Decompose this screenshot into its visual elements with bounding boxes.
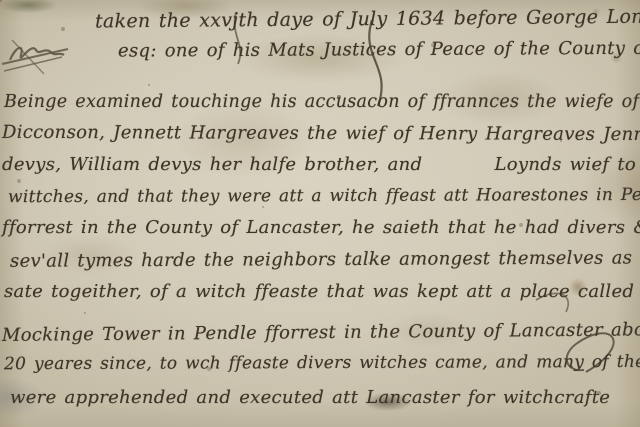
margin-scribble-crossed-out-icon: [0, 28, 90, 83]
ink-flourish-strokes: [0, 0, 640, 427]
manuscript-line: Beinge examined touchinge his accusacon …: [4, 92, 640, 112]
manuscript-page: taken the xxvjth daye of July 1634 befor…: [0, 0, 640, 427]
manuscript-line: sev'all tymes harde the neighbors talke …: [10, 247, 640, 272]
manuscript-line: Dicconson, Jennett Hargreaves the wief o…: [2, 122, 640, 145]
manuscript-line: sate togeither, of a witch ffeaste that …: [4, 281, 634, 302]
manuscript-line: were apprehended and executed att Lancas…: [10, 387, 610, 408]
manuscript-line: Mockinge Tower in Pendle fforrest in the…: [2, 319, 640, 346]
manuscript-line: devys, William devys her halfe brother, …: [2, 154, 640, 175]
manuscript-line: esq: one of his Mats Justices of Peace o…: [118, 37, 640, 61]
manuscript-line: fforrest in the County of Lancaster, he …: [2, 217, 640, 238]
ink-speckles: [0, 0, 2, 2]
paper-stains: [0, 0, 640, 427]
page-edge-vignette: [0, 0, 640, 427]
manuscript-line: wittches, and that they were att a witch…: [8, 185, 640, 207]
manuscript-line: 20 yeares since, to wch ffeaste divers w…: [4, 352, 640, 374]
manuscript-line: taken the xxvjth daye of July 1634 befor…: [95, 6, 640, 33]
